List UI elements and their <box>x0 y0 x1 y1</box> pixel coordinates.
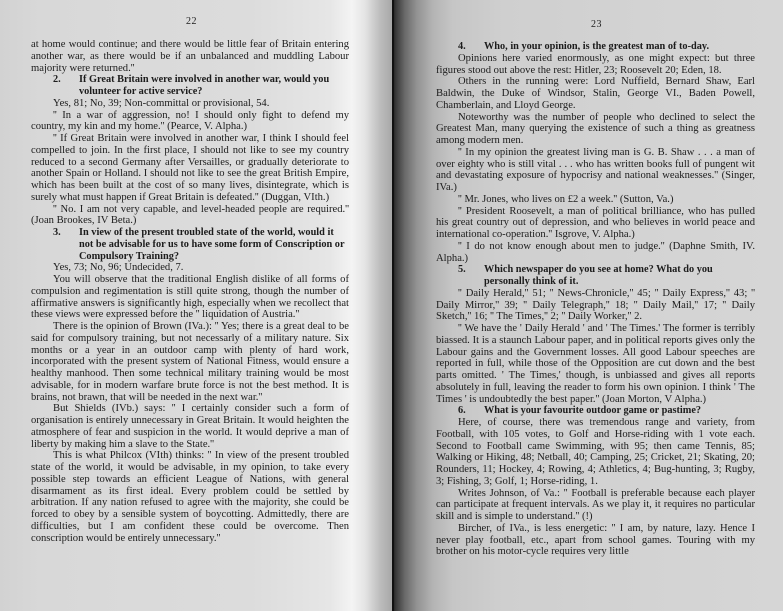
paragraph: There is the opinion of Brown (IVa.): ''… <box>31 321 349 403</box>
paragraph: Noteworthy was the number of people who … <box>436 112 755 147</box>
question-text: If Great Britain were involved in anothe… <box>79 74 329 97</box>
paragraph: '' We have the ' Daily Herald ' and ' Th… <box>436 323 755 405</box>
page-text: 4.Who, in your opinion, is the greatest … <box>436 41 755 558</box>
question-heading: 5.Which newspaper do you see at home? Wh… <box>436 264 755 288</box>
paragraph: Others in the running were: Lord Nuffiel… <box>436 76 755 111</box>
question-number: 4. <box>458 41 484 53</box>
question-number: 3. <box>53 227 79 239</box>
question-heading: 2.If Great Britain were involved in anot… <box>31 74 349 98</box>
left-page: 22 at home would continue; and there wou… <box>0 0 393 611</box>
paragraph: '' I do not know enough about men to jud… <box>436 241 755 265</box>
paragraph: '' In a war of aggression, no! I should … <box>31 110 349 134</box>
question-text: What is your favourite outdoor game or p… <box>484 405 701 416</box>
question-text: In view of the present troubled state of… <box>79 227 344 262</box>
book-spine-gutter <box>392 0 394 611</box>
paragraph: Bircher, of IVa., is less energetic: '' … <box>436 523 755 558</box>
right-page: 23 4.Who, in your opinion, is the greate… <box>393 0 783 611</box>
paragraph: '' If Great Britain were involved in ano… <box>31 133 349 204</box>
paragraph: Opinions here varied enormously, as one … <box>436 53 755 77</box>
book-spread: 22 at home would continue; and there wou… <box>0 0 783 611</box>
paragraph: This is what Philcox (VIth) thinks: '' I… <box>31 450 349 544</box>
paragraph: Writes Johnson, of Va.: '' Football is p… <box>436 488 755 523</box>
page-number: 22 <box>186 16 197 27</box>
page-number: 23 <box>591 19 602 30</box>
paragraph: '' Daily Herald,'' 51; '' News-Chronicle… <box>436 288 755 323</box>
paragraph: '' Mr. Jones, who lives on £2 a week.'' … <box>436 194 755 206</box>
page-text: at home would continue; and there would … <box>31 39 349 544</box>
question-heading: 3.In view of the present troubled state … <box>31 227 349 262</box>
paragraph: Yes, 81; No, 39; Non-committal or provis… <box>31 98 349 110</box>
paragraph: '' President Roosevelt, a man of politic… <box>436 206 755 241</box>
paragraph: You will observe that the traditional En… <box>31 274 349 321</box>
paragraph: Here, of course, there was tremendous ra… <box>436 417 755 488</box>
question-heading: 6.What is your favourite outdoor game or… <box>436 405 755 417</box>
paragraph: But Shields (IVb.) says: '' I certainly … <box>31 403 349 450</box>
paragraph: '' In my opinion the greatest living man… <box>436 147 755 194</box>
question-text: Who, in your opinion, is the greatest ma… <box>484 41 709 52</box>
question-number: 2. <box>53 74 79 86</box>
paragraph: Yes, 73; No, 96; Undecided, 7. <box>31 262 349 274</box>
question-text: Which newspaper do you see at home? What… <box>484 264 713 287</box>
paragraph: '' No. I am not very capable, and level-… <box>31 204 349 228</box>
question-number: 5. <box>458 264 484 276</box>
question-number: 6. <box>458 405 484 417</box>
question-heading: 4.Who, in your opinion, is the greatest … <box>436 41 755 53</box>
paragraph: at home would continue; and there would … <box>31 39 349 74</box>
